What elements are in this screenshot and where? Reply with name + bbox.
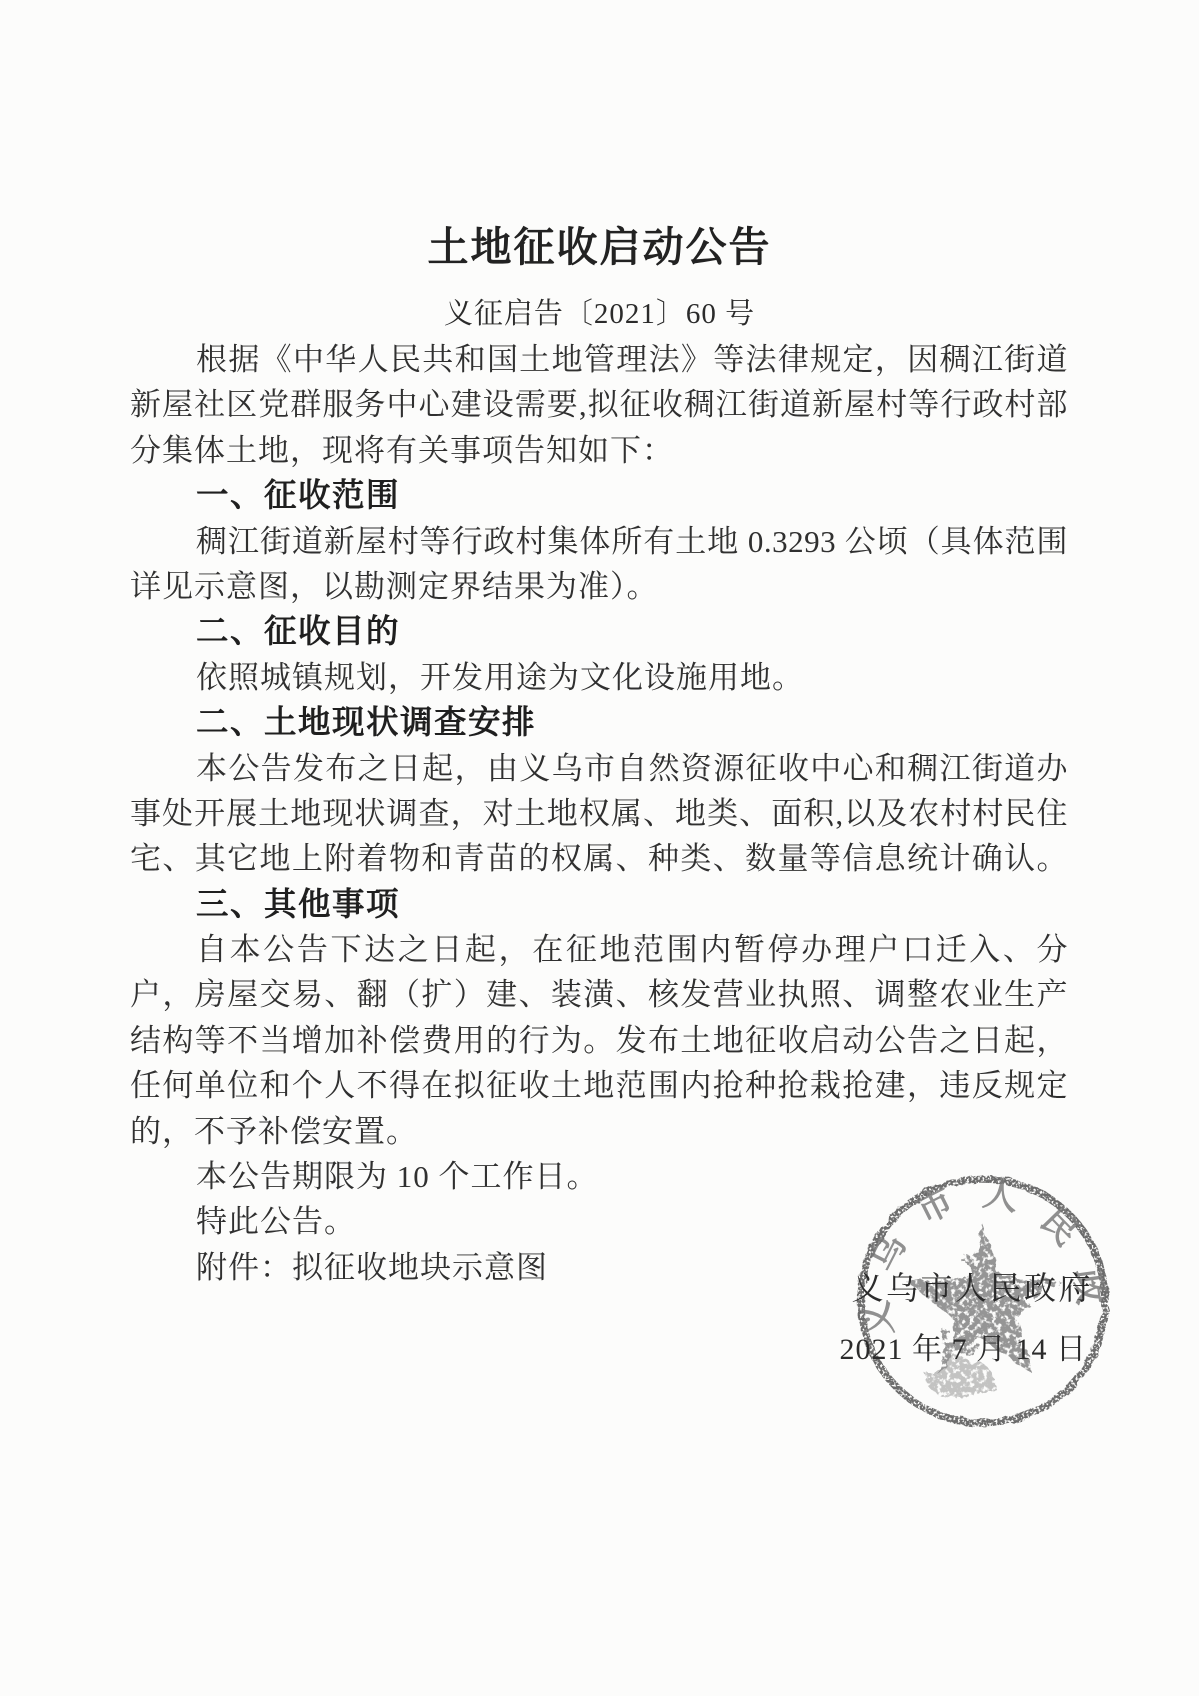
doc-line: 依照城镇规划，开发用途为文化设施用地。 — [130, 655, 1068, 700]
doc-line: 宅、其它地上附着物和青苗的权属、种类、数量等信息统计确认。 — [130, 836, 1068, 881]
doc-line: 户，房屋交易、翻（扩）建、装潢、核发营业执照、调整农业生产 — [130, 972, 1068, 1017]
issue-date: 2021 年 7 月 14 日 — [840, 1324, 1088, 1368]
doc-line: 本公告发布之日起，由义乌市自然资源征收中心和稠江街道办 — [130, 746, 1068, 791]
doc-line: 分集体土地，现将有关事项告知如下： — [130, 428, 1068, 473]
doc-line: 结构等不当增加补偿费用的行为。发布土地征收启动公告之日起， — [130, 1018, 1068, 1063]
scanned-announcement-page: 土地征收启动公告 义征启告〔2021〕60 号 根据《中华人民共和国土地管理法》… — [0, 0, 1199, 1696]
doc-line: 事处开展土地现状调查，对土地权属、地类、面积,以及农村村民住 — [130, 791, 1068, 836]
doc-line: 根据《中华人民共和国土地管理法》等法律规定，因稠江街道 — [130, 337, 1068, 382]
section-heading: 二、征收目的 — [130, 609, 1068, 654]
doc-line: 详见示意图，以勘测定界结果为准）。 — [130, 564, 1068, 609]
doc-line: 本公告期限为 10 个工作日。 — [130, 1154, 1068, 1199]
doc-line: 任何单位和个人不得在拟征收土地范围内抢种抢栽抢建，违反规定 — [130, 1063, 1068, 1108]
page-title: 土地征收启动公告 — [0, 214, 1199, 273]
announcement-body: 根据《中华人民共和国土地管理法》等法律规定，因稠江街道 新屋社区党群服务中心建设… — [130, 337, 1068, 1290]
issuer-signature: 义乌市人民政府 — [851, 1263, 1093, 1309]
document-number: 义征启告〔2021〕60 号 — [0, 291, 1199, 332]
section-heading: 二、土地现状调查安排 — [130, 700, 1068, 745]
doc-line: 稠江街道新屋村等行政村集体所有土地 0.3293 公顷（具体范围 — [130, 519, 1068, 564]
doc-line: 特此公告。 — [130, 1199, 1068, 1244]
doc-line: 自本公告下达之日起，在征地范围内暂停办理户口迁入、分 — [130, 927, 1068, 972]
doc-line: 新屋社区党群服务中心建设需要,拟征收稠江街道新屋村等行政村部 — [130, 382, 1068, 427]
section-heading: 一、征收范围 — [130, 473, 1068, 518]
doc-line: 的，不予补偿安置。 — [130, 1109, 1068, 1154]
section-heading: 三、其他事项 — [130, 882, 1068, 927]
